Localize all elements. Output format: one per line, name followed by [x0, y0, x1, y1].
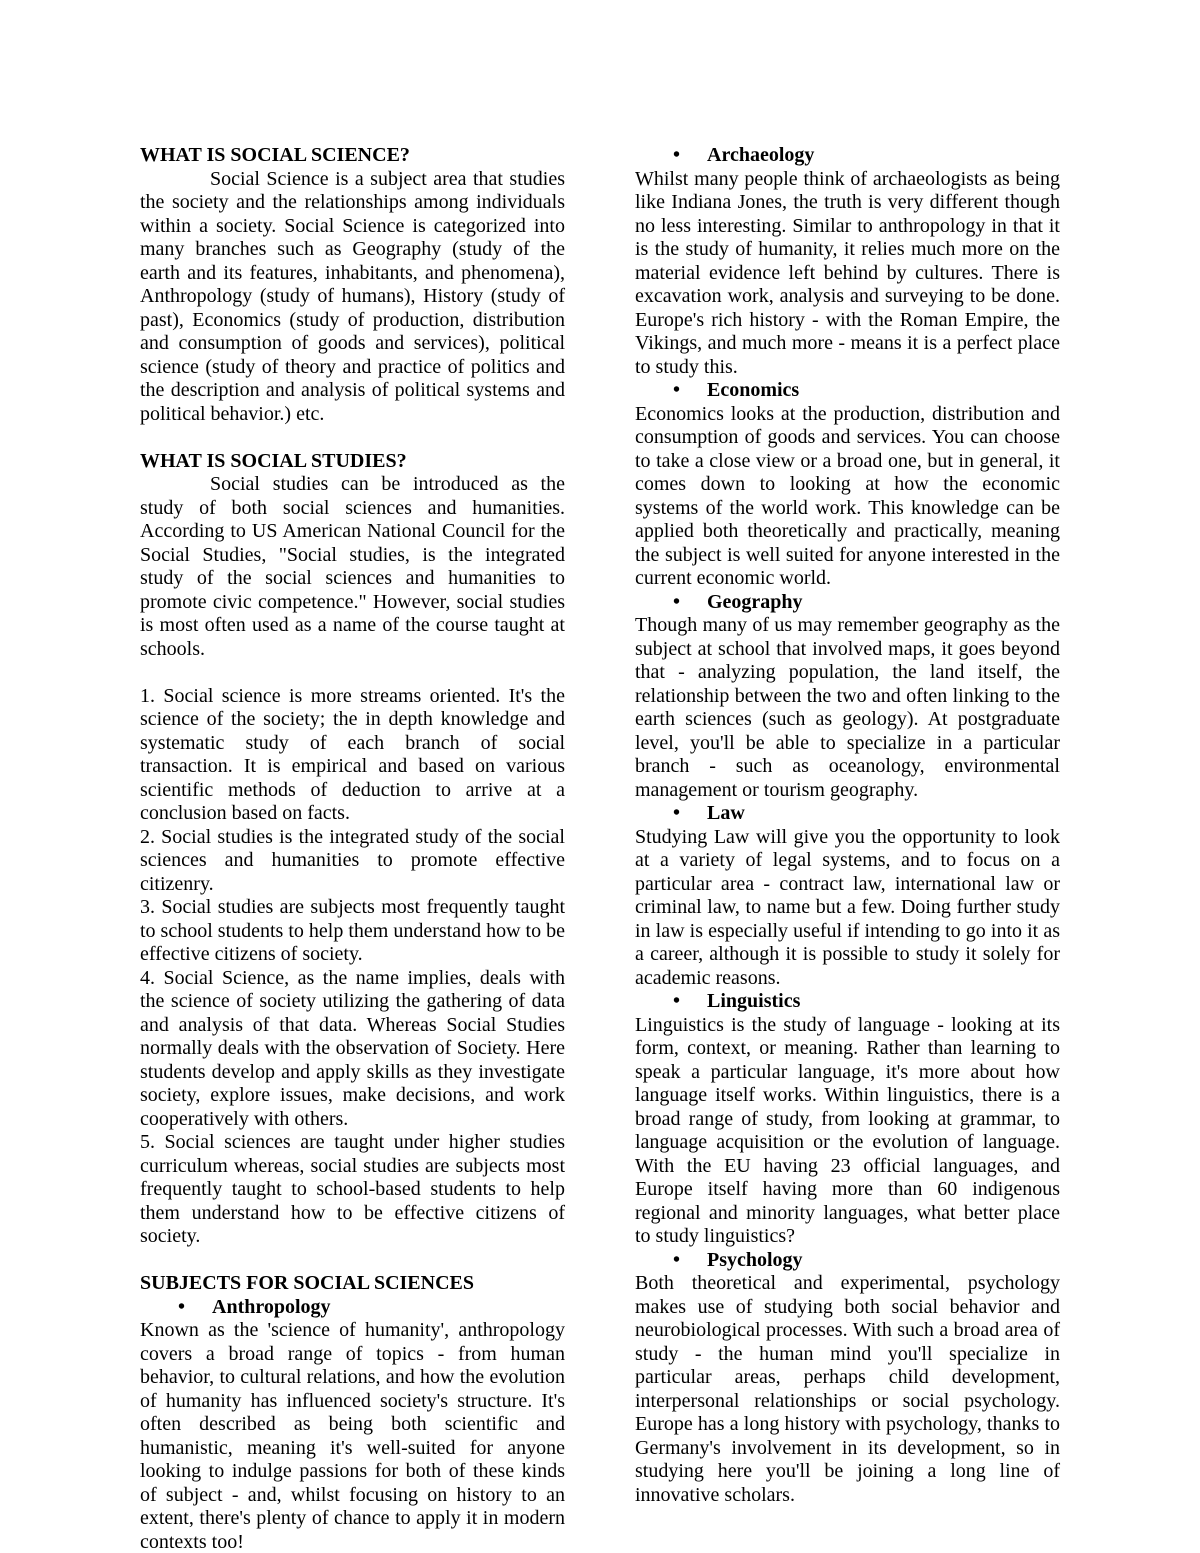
subject-name: Archaeology — [707, 144, 814, 166]
blank-line — [140, 661, 565, 685]
subject-bullet-item: •Psychology — [635, 1249, 1060, 1273]
numbered-point: 3. Social studies are subjects most freq… — [140, 896, 565, 967]
subject-bullet-item: •Law — [635, 802, 1060, 826]
numbered-point: 5. Social sciences are taught under high… — [140, 1131, 565, 1249]
subject-description: Though many of us may remember geography… — [635, 614, 1060, 802]
blank-line — [140, 1249, 565, 1273]
subject-description: Studying Law will give you the opportuni… — [635, 826, 1060, 991]
paragraph-social-studies: Social studies can be introduced as the … — [140, 473, 565, 661]
bullet-icon: • — [673, 144, 707, 168]
two-column-layout: WHAT IS SOCIAL SCIENCE? Social Science i… — [0, 0, 1200, 1553]
subject-description: Known as the 'science of humanity', anth… — [140, 1319, 565, 1553]
subject-description: Whilst many people think of archaeologis… — [635, 168, 1060, 380]
right-column: •Archaeology Whilst many people think of… — [635, 144, 1060, 1553]
numbered-point: 2. Social studies is the integrated stud… — [140, 826, 565, 897]
subject-bullet-item: •Anthropology — [140, 1296, 565, 1320]
numbered-point: 1. Social science is more streams orient… — [140, 685, 565, 826]
bullet-icon: • — [673, 591, 707, 615]
bullet-icon: • — [673, 379, 707, 403]
section-heading-social-studies: WHAT IS SOCIAL STUDIES? — [140, 450, 565, 474]
numbered-point: 4. Social Science, as the name implies, … — [140, 967, 565, 1132]
subject-description: Linguistics is the study of language - l… — [635, 1014, 1060, 1249]
section-heading-social-science: WHAT IS SOCIAL SCIENCE? — [140, 144, 565, 168]
blank-line — [140, 426, 565, 450]
bullet-icon: • — [178, 1296, 212, 1320]
bullet-icon: • — [673, 802, 707, 826]
subject-name: Psychology — [707, 1249, 803, 1271]
subject-name: Anthropology — [212, 1296, 331, 1318]
section-heading-subjects: SUBJECTS FOR SOCIAL SCIENCES — [140, 1272, 565, 1296]
bullet-icon: • — [673, 1249, 707, 1273]
subject-bullet-item: •Archaeology — [635, 144, 1060, 168]
left-column: WHAT IS SOCIAL SCIENCE? Social Science i… — [140, 144, 565, 1553]
subject-bullet-item: •Economics — [635, 379, 1060, 403]
subject-name: Economics — [707, 379, 799, 401]
subject-description: Both theoretical and experimental, psych… — [635, 1272, 1060, 1507]
subject-name: Linguistics — [707, 990, 800, 1012]
subject-bullet-item: •Geography — [635, 591, 1060, 615]
document-page: WHAT IS SOCIAL SCIENCE? Social Science i… — [0, 0, 1200, 1553]
subject-bullet-item: •Linguistics — [635, 990, 1060, 1014]
subject-name: Geography — [707, 591, 803, 613]
bullet-icon: • — [673, 990, 707, 1014]
subject-description: Economics looks at the production, distr… — [635, 403, 1060, 591]
subject-name: Law — [707, 802, 745, 824]
paragraph-social-science: Social Science is a subject area that st… — [140, 168, 565, 427]
